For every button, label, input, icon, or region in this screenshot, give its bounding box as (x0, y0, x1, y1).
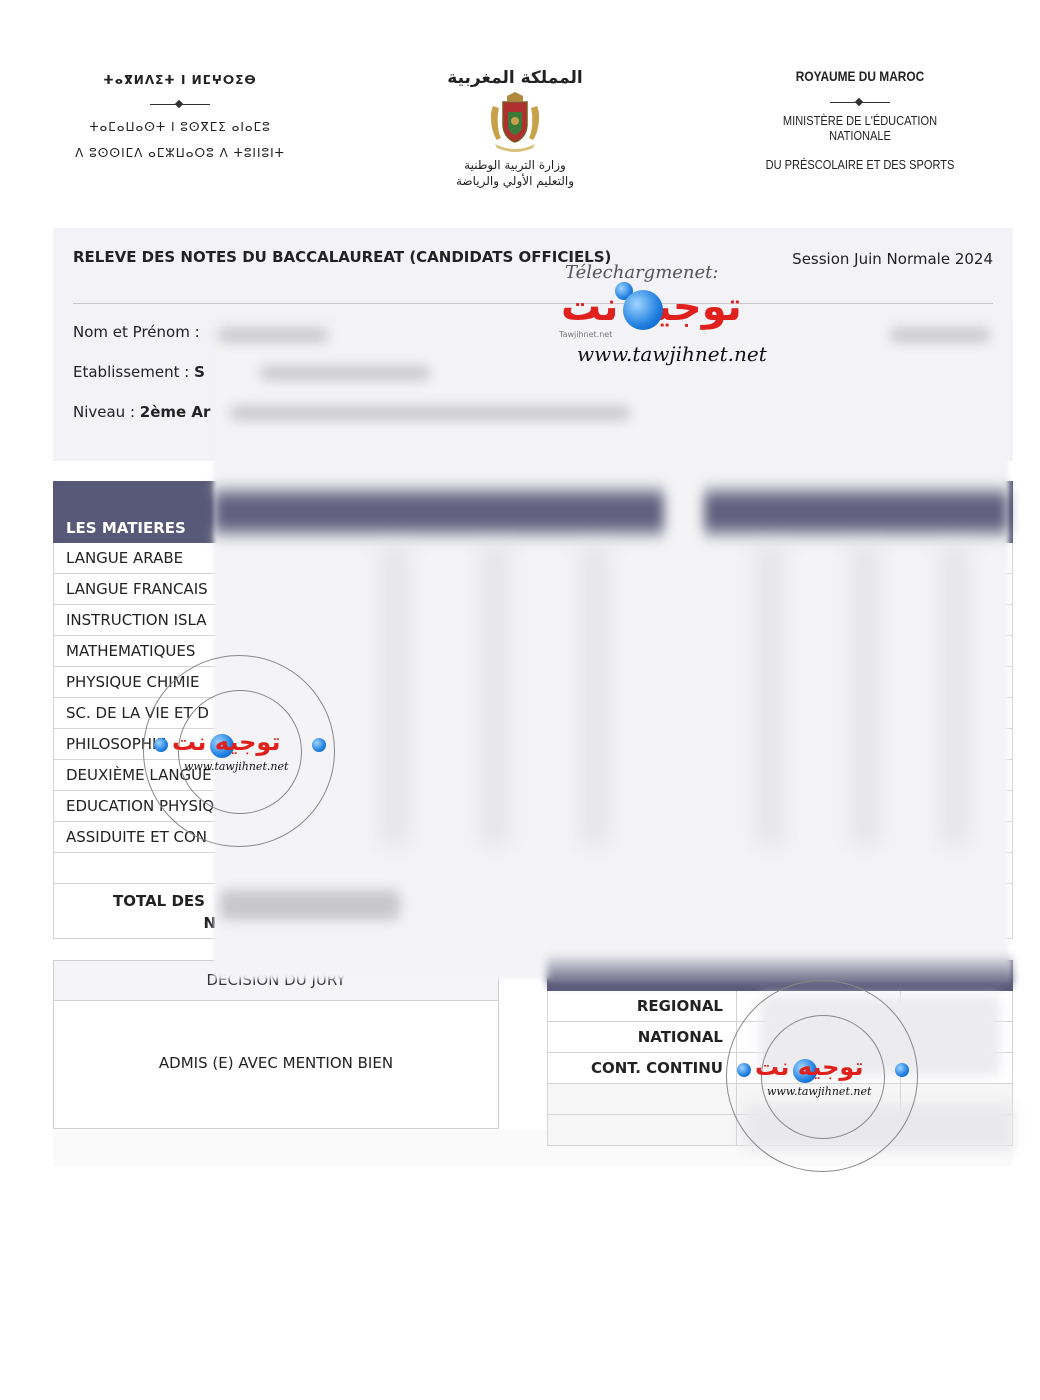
level-label: Niveau : (73, 403, 135, 421)
redaction-blur (220, 890, 400, 920)
name-label: Nom et Prénom : (73, 323, 200, 341)
subject-name: MATHEMATIQUES (66, 642, 195, 660)
bubble-icon (154, 738, 168, 752)
redaction-blur (547, 955, 1013, 985)
arabic-ministry-1: وزارة التربية الوطنية (430, 158, 600, 174)
french-ministry-1: MINISTÈRE DE L'ÉDUCATION NATIONALE (758, 113, 962, 143)
result-label: CONT. CONTINU (591, 1059, 723, 1077)
jury-decision-value: ADMIS (E) AVEC MENTION BIEN (54, 1054, 498, 1072)
arabic-kingdom: المملكة المغربية (430, 68, 600, 88)
student-name-line: Nom et Prénom : (73, 323, 200, 341)
globe-icon (623, 290, 663, 330)
amazigh-kingdom: ⵜⴰⴳⵍⴷⵉⵜ ⵏ ⵍⵎⵖⵔⵉⴱ (60, 74, 300, 86)
redaction-blur (580, 545, 610, 845)
arabic-ministry-2: والتعليم الأولي والرياضة (430, 174, 600, 190)
redaction-blur (214, 482, 664, 542)
redaction-blur (850, 545, 880, 845)
watermark-url: www.tawjihnet.net (577, 342, 767, 366)
subject-name: LANGUE FRANCAIS (66, 580, 208, 598)
tawjihnet-stamp: توجيه نت www.tawjihnet.net (726, 980, 918, 1172)
redaction-blur (940, 545, 970, 845)
jury-decision-box: DECISION DU JURY ADMIS (E) AVEC MENTION … (53, 960, 499, 1129)
stamp-url: www.tawjihnet.net (184, 760, 288, 773)
tawjihnet-stamp: توجيه نت www.tawjihnet.net (143, 655, 335, 847)
redaction-blur (480, 545, 510, 845)
watermark-small-text: Tawjihnet.net (559, 330, 612, 339)
redaction-blur (214, 322, 1008, 979)
redaction-blur (380, 545, 410, 845)
redaction-blur (230, 406, 630, 420)
header-french: ROYAUME DU MAROC MINISTÈRE DE L'ÉDUCATIO… (740, 68, 980, 172)
cell-divider (736, 991, 737, 1021)
redaction-blur (260, 366, 430, 380)
session-label: Session Juin Normale 2024 (792, 250, 993, 268)
header-separator (150, 104, 210, 105)
tawjihnet-watermark: Télechargmenet: توجيه نت Tawjihnet.net w… (555, 262, 805, 372)
bubble-icon (895, 1063, 909, 1077)
subject-name: INSTRUCTION ISLA (66, 611, 207, 629)
subjects-header: LES MATIERES (66, 519, 186, 537)
stamp-brand: توجيه نت (172, 728, 280, 756)
level-value: 2ème Ar (140, 403, 211, 421)
french-ministry-2: DU PRÉSCOLAIRE ET DES SPORTS (758, 157, 962, 172)
redaction-blur (704, 482, 1008, 542)
bubble-icon (312, 738, 326, 752)
level-line: Niveau : 2ème Ar (73, 403, 210, 421)
result-label: REGIONAL (637, 997, 723, 1015)
bubble-icon (737, 1063, 751, 1077)
amazigh-ministry-1: ⵜⴰⵎⴰⵡⴰⵙⵜ ⵏ ⵓⵙⴳⵎⵉ ⴰⵏⴰⵎⵓ (60, 121, 300, 133)
school-label: Etablissement : (73, 363, 189, 381)
amazigh-ministry-2: ⴷ ⵓⵙⵙⵏⵎⴷ ⴰⵎⵣⵡⴰⵔⵓ ⴷ ⵜⵓⵏⵏⵓⵏⵜ (60, 147, 300, 159)
divider (73, 303, 993, 304)
school-value: S (194, 363, 205, 381)
header-amazigh: ⵜⴰⴳⵍⴷⵉⵜ ⵏ ⵍⵎⵖⵔⵉⴱ ⵜⴰⵎⴰⵡⴰⵙⵜ ⵏ ⵓⵙⴳⵎⵉ ⴰⵏⴰⵎⵓ … (60, 70, 300, 159)
redaction-blur (890, 328, 990, 342)
redaction-blur (218, 328, 328, 342)
redaction-blur (755, 545, 785, 845)
french-kingdom: ROYAUME DU MAROC (758, 68, 962, 84)
header-arabic: المملكة المغربية وزارة التربية الوطنية و… (430, 68, 600, 189)
result-label: NATIONAL (638, 1028, 723, 1046)
document-title: RELEVE DES NOTES DU BACCALAUREAT (CANDID… (73, 248, 611, 266)
header-separator (830, 102, 890, 103)
subject-name: LANGUE ARABE (66, 549, 183, 567)
coat-of-arms-icon (485, 92, 545, 154)
school-line: Etablissement : S (73, 363, 205, 381)
stamp-url: www.tawjihnet.net (767, 1085, 871, 1098)
stamp-brand: توجيه نت (755, 1053, 863, 1081)
watermark-download-label: Télechargmenet: (565, 262, 718, 283)
